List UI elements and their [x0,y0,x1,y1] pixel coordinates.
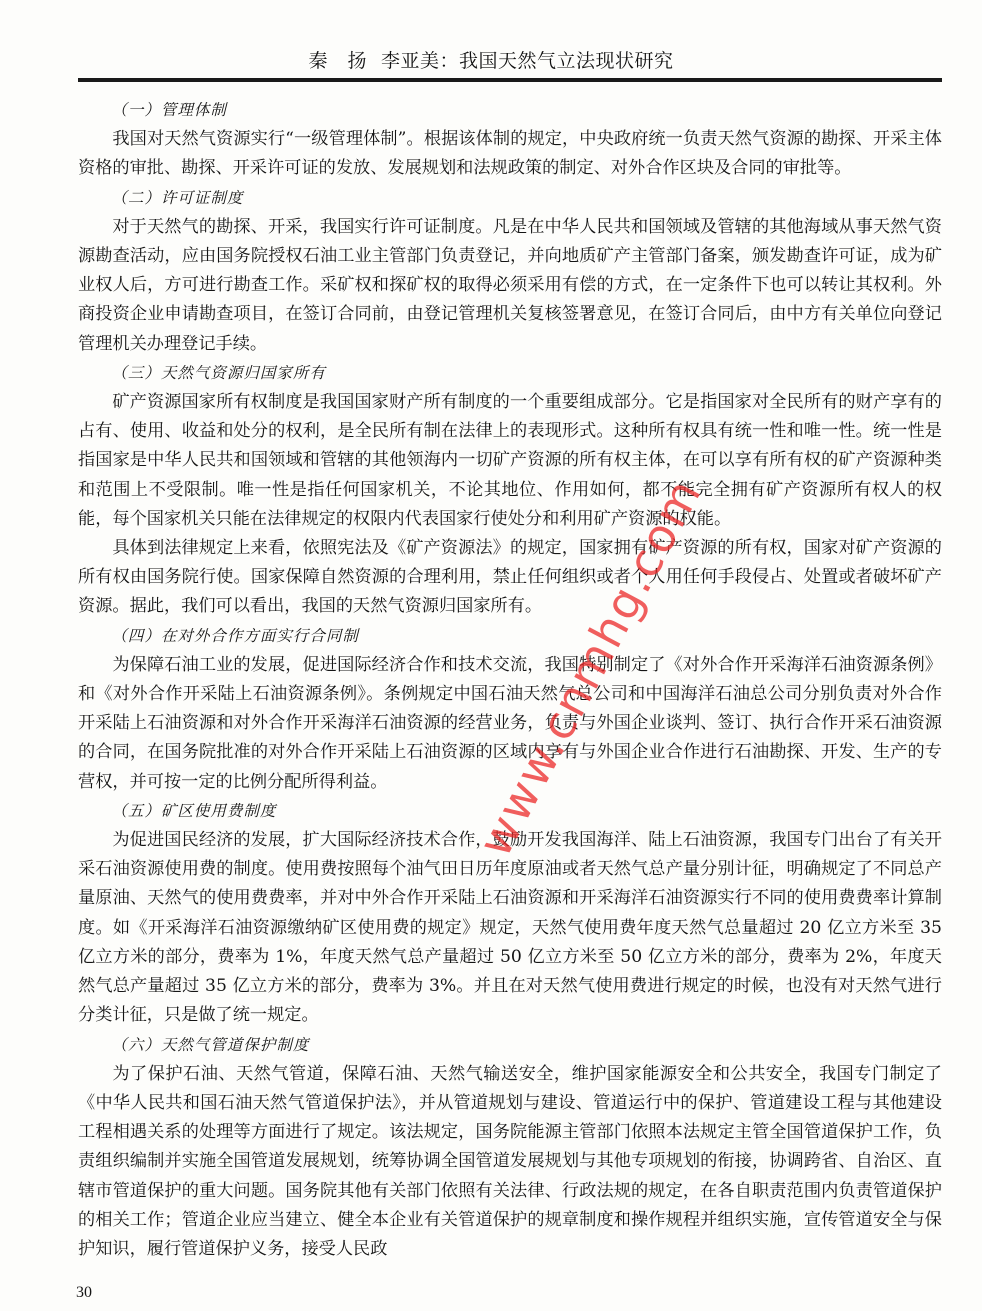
section-heading-1: （一）管理体制 [78,96,942,125]
paragraph: 具体到法律规定上来看，依照宪法及《矿产资源法》的规定，国家拥有矿产资源的所有权，… [78,534,942,622]
running-header: 秦 扬李亚美：我国天然气立法现状研究 [0,46,982,73]
header-author-1: 秦 扬 [308,50,367,72]
paragraph: 矿产资源国家所有权制度是我国国家财产所有制度的一个重要组成部分。它是指国家对全民… [78,388,942,534]
section-heading-3: （三）天然气资源归国家所有 [78,359,942,388]
section-heading-2: （二）许可证制度 [78,184,942,213]
paragraph: 对于天然气的勘探、开采，我国实行许可证制度。凡是在中华人民共和国领域及管辖的其他… [78,213,942,359]
section-heading-6: （六）天然气管道保护制度 [78,1031,942,1060]
header-author-2: 李亚美 [381,50,440,72]
paragraph: 我国对天然气资源实行“一级管理体制”。根据该体制的规定，中央政府统一负责天然气资… [78,125,942,183]
paragraph: 为了保护石油、天然气管道，保障石油、天然气输送安全，维护国家能源安全和公共安全，… [78,1060,942,1264]
page-number: 30 [76,1284,92,1302]
paragraph: 为促进国民经济的发展，扩大国际经济技术合作，鼓励开发我国海洋、陆上石油资源，我国… [78,826,942,1030]
header-rule [78,78,942,82]
section-heading-4: （四）在对外合作方面实行合同制 [78,622,942,651]
header-article-title: ：我国天然气立法现状研究 [440,50,674,72]
article-body: （一）管理体制 我国对天然气资源实行“一级管理体制”。根据该体制的规定，中央政府… [78,96,942,1264]
paragraph: 为保障石油工业的发展，促进国际经济合作和技术交流，我国特别制定了《对外合作开采海… [78,651,942,797]
section-heading-5: （五）矿区使用费制度 [78,797,942,826]
